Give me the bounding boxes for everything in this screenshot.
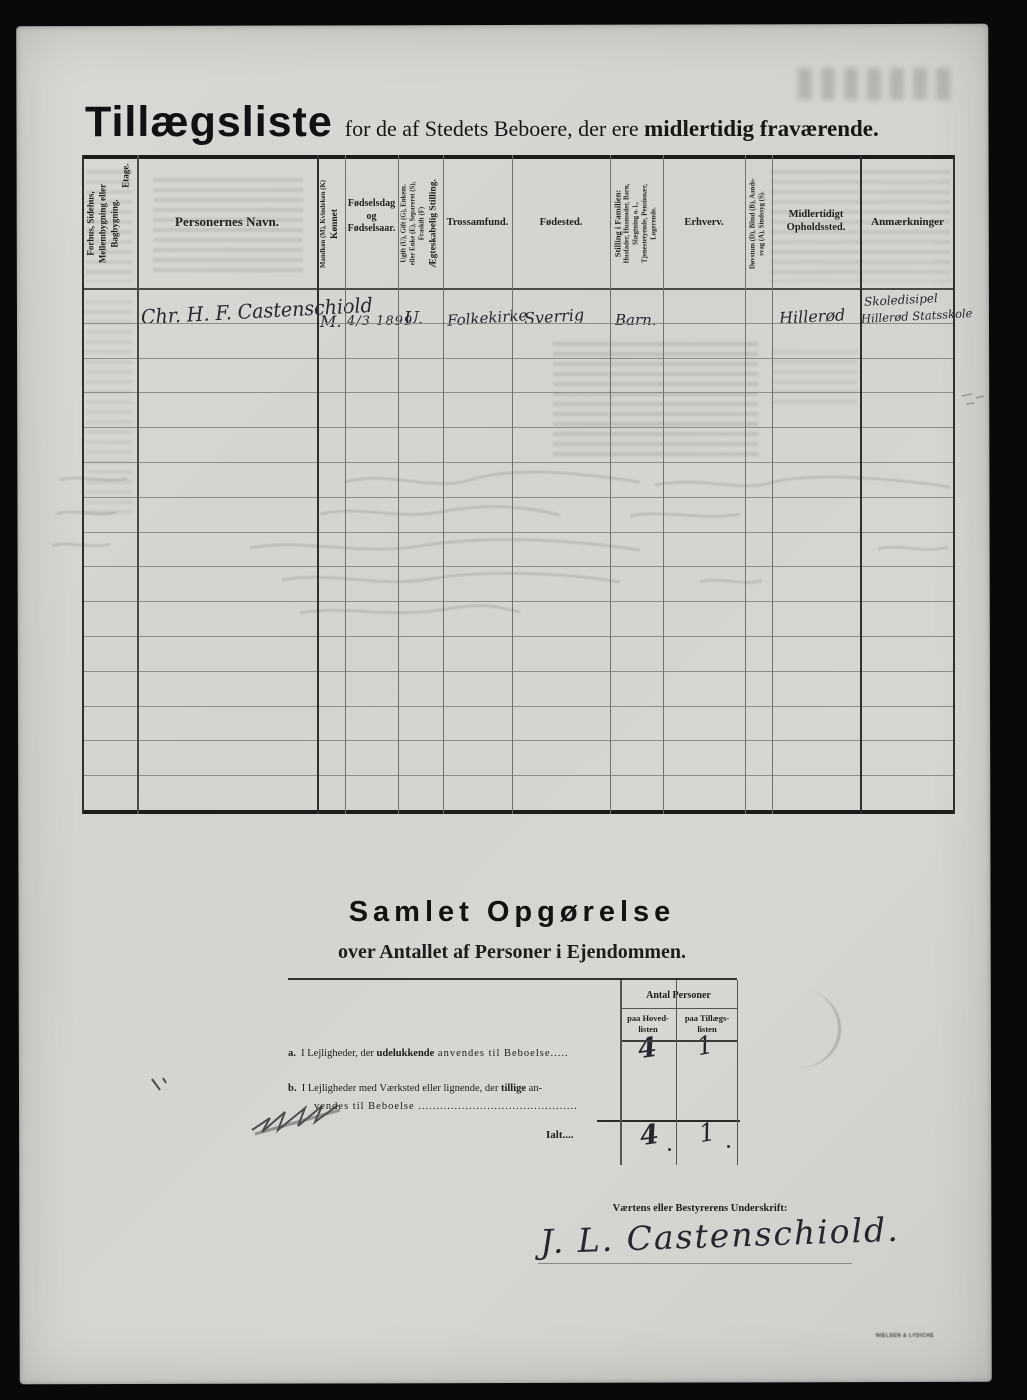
summary-title: Samlet Opgørelse bbox=[287, 896, 737, 929]
summary-line-under-subheaders bbox=[620, 1040, 737, 1042]
table-row-line bbox=[82, 497, 955, 498]
table-row-line bbox=[82, 775, 955, 776]
col-header-foedested: Fødested. bbox=[512, 216, 610, 229]
col-header-trossamfund: Trossamfund. bbox=[443, 216, 512, 229]
summary-ialt-rule bbox=[597, 1120, 740, 1122]
table-row-line bbox=[82, 706, 955, 707]
summary-col-group-header: Antal Personer bbox=[620, 990, 737, 1001]
col-header-foedselsdag: Fødselsdag og Fødselsaar. bbox=[345, 198, 398, 236]
table-column-line bbox=[317, 155, 319, 814]
table-column-line bbox=[398, 155, 399, 814]
table-bottom-border bbox=[82, 810, 955, 814]
table-column-line bbox=[345, 155, 346, 814]
table-row-line bbox=[82, 427, 955, 428]
table-row-line bbox=[82, 323, 955, 324]
table-column-line bbox=[953, 155, 955, 814]
summary-row-a-label: a. I Lejligheder, der udelukkende anvend… bbox=[288, 1048, 608, 1059]
col-header-erhverv: Erhverv. bbox=[663, 216, 745, 229]
handwriting-artifacts-layer bbox=[0, 0, 1027, 1400]
table-row-line bbox=[82, 392, 955, 393]
census-form-tillaegsliste: Tillægsliste for de af Stedets Beboere, … bbox=[0, 0, 1027, 1400]
table-row-line bbox=[82, 358, 955, 359]
col-header-opholdssted: Midlertidigt Opholdssted. bbox=[772, 208, 860, 234]
col-header-doevstum: Døvstum (D), Blind (B), Aands- svag (A),… bbox=[745, 160, 772, 288]
form-title-suffix: for de af Stedets Beboere, der ere midle… bbox=[345, 116, 879, 142]
table-row-line bbox=[82, 601, 955, 602]
entry-aegteskabelig-stilling: U. bbox=[404, 308, 423, 329]
table-column-line bbox=[663, 155, 664, 814]
col-header-stilling-i-familien: Stilling i Familien: Husfader, Husmoder,… bbox=[610, 160, 663, 288]
table-row-line bbox=[82, 740, 955, 741]
col-header-navn: Personernes Navn. bbox=[137, 214, 317, 230]
table-column-line bbox=[137, 155, 139, 814]
table-row-line bbox=[82, 671, 955, 672]
table-column-line bbox=[860, 155, 862, 814]
form-title-suffix-bold: midlertidig fraværende. bbox=[644, 116, 879, 141]
table-column-line bbox=[512, 155, 513, 814]
form-title-main: Tillægsliste bbox=[85, 98, 333, 147]
entry-koen: M. bbox=[320, 312, 341, 331]
table-row-line bbox=[82, 532, 955, 533]
ink-dot bbox=[727, 1145, 730, 1148]
table-row-line bbox=[82, 462, 955, 463]
summary-subtitle: over Antallet af Personer i Ejendommen. bbox=[287, 941, 737, 964]
summary-column-line bbox=[676, 980, 677, 1165]
summary-column-line bbox=[620, 980, 622, 1165]
table-column-line bbox=[745, 155, 746, 814]
signature-line bbox=[538, 1263, 852, 1264]
table-header-bottom-line bbox=[82, 288, 955, 290]
col-header-aegteskabelig: Ugift (U), Gift (G), Enkem. eller Enke (… bbox=[398, 160, 443, 288]
table-column-line bbox=[443, 155, 444, 814]
col-header-forhus: Forhus, Sidehus, Mellembygning eller Bag… bbox=[82, 160, 137, 288]
table-column-line bbox=[772, 155, 773, 814]
summary-row-b-label: b. I Lejligheder med Værksted eller lign… bbox=[288, 1080, 618, 1116]
printer-mark: NIELSEN & LYDICHE bbox=[876, 1333, 934, 1339]
table-column-line bbox=[610, 155, 611, 814]
ink-dot bbox=[668, 1148, 671, 1151]
entry-stilling-i-familien: Barn. bbox=[615, 311, 657, 329]
summary-line-under-group bbox=[620, 1008, 737, 1009]
table-column-line bbox=[82, 155, 84, 814]
summary-column-line bbox=[737, 980, 738, 1165]
form-title: Tillægsliste for de af Stedets Beboere, … bbox=[85, 98, 955, 147]
table-top-border bbox=[82, 155, 955, 159]
summary-ialt-label: Ialt.... bbox=[546, 1129, 574, 1141]
entry-opholdssted: Hillerød bbox=[779, 305, 846, 327]
col-header-anmaerkninger: Anmærkninger bbox=[860, 216, 955, 230]
table-row-line bbox=[82, 566, 955, 567]
col-header-koennet: Mandkøn (M), Kvindekøn (K) Kønnet bbox=[317, 160, 345, 288]
summary-top-rule bbox=[288, 978, 737, 980]
table-row-line bbox=[82, 636, 955, 637]
